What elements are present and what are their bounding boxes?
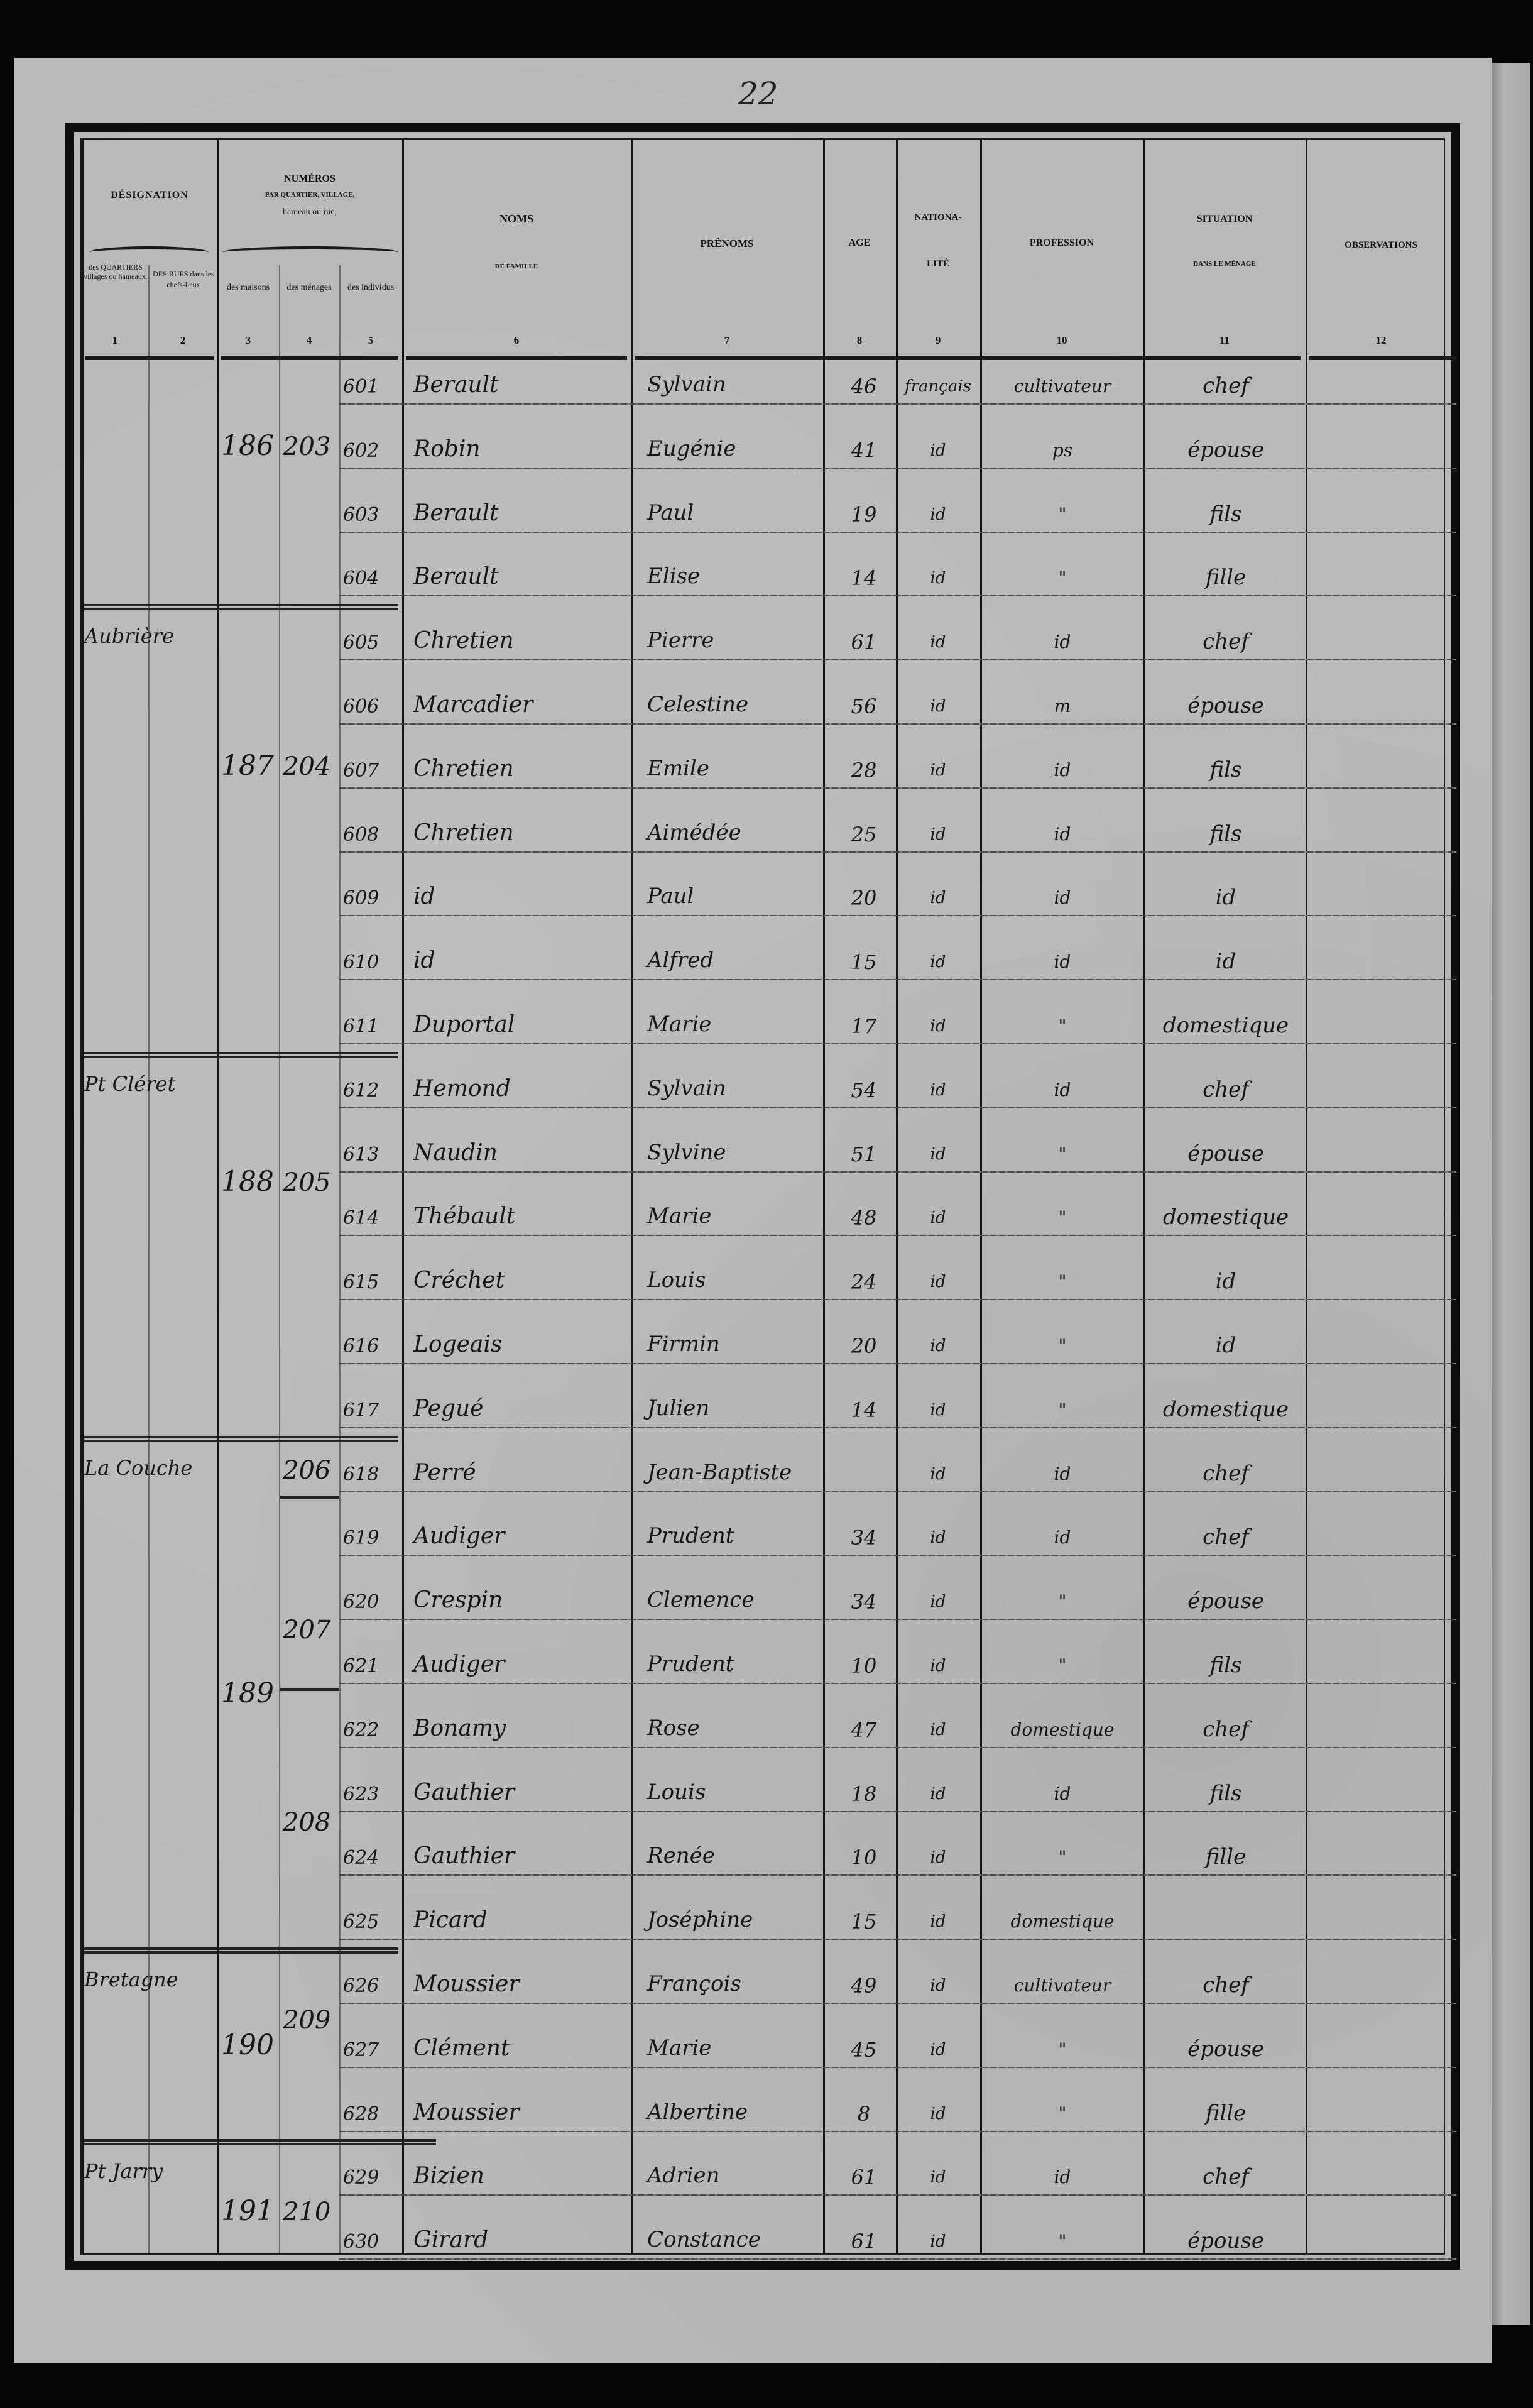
cell-situation: id <box>1147 1333 1304 1358</box>
cell-age: 61 <box>836 2165 892 2189</box>
cell-nationality: id <box>898 1528 978 1547</box>
census-table: DÉSIGNATION des QUARTIERS villages ou ha… <box>80 138 1445 2255</box>
cell-nationality: id <box>898 1592 978 1611</box>
cell-profession: " <box>984 1591 1141 1612</box>
cell-age: 46 <box>836 375 892 398</box>
cell-first-name: Pierre <box>647 628 714 653</box>
header-num8: 8 <box>823 334 896 347</box>
cell-nationality: id <box>898 1272 978 1291</box>
cell-first-name: Rose <box>647 1716 700 1741</box>
cell-nationality: id <box>898 825 978 844</box>
cell-profession: " <box>984 1207 1141 1228</box>
census-table-frame: DÉSIGNATION des QUARTIERS villages ou ha… <box>65 123 1460 2270</box>
cell-profession: id <box>984 1080 1141 1100</box>
cell-age: 56 <box>836 694 892 718</box>
cell-situation: chef <box>1147 1524 1304 1550</box>
header-num5: 5 <box>339 334 402 347</box>
header-num10: 10 <box>980 334 1143 347</box>
header-noms: NOMS <box>402 212 631 226</box>
cell-situation: chef <box>1147 2164 1304 2189</box>
row-rule <box>339 787 1456 789</box>
cell-profession: domestique <box>984 1911 1141 1932</box>
cell-situation: chef <box>1147 629 1304 654</box>
cell-situation: fils <box>1147 1781 1304 1806</box>
cell-family-name: Berault <box>413 564 499 589</box>
cell-individual-number: 620 <box>343 1591 379 1613</box>
cell-place-name: Pt Jarry <box>84 2159 163 2183</box>
row-rule <box>339 1171 1456 1173</box>
cell-family-name: Chretien <box>413 820 514 846</box>
place-separator <box>84 2139 436 2145</box>
header-col4: des ménages <box>279 276 339 299</box>
cell-individual-number: 630 <box>343 2231 379 2253</box>
cell-nationality: id <box>898 1081 978 1100</box>
cell-household-number: 206 <box>283 1456 330 1485</box>
header-num3: 3 <box>217 334 279 347</box>
cell-individual-number: 608 <box>343 824 379 846</box>
cell-profession: ps <box>984 440 1141 461</box>
cell-situation: domestique <box>1147 1205 1304 1230</box>
cell-household-number: 210 <box>283 2197 330 2226</box>
cell-first-name: Jean-Baptiste <box>647 1460 792 1485</box>
cell-individual-number: 604 <box>343 567 379 589</box>
row-rule <box>339 1939 1456 1940</box>
cell-first-name: Sylvain <box>647 372 726 397</box>
col-line <box>631 140 633 2253</box>
cell-individual-number: 607 <box>343 760 379 782</box>
header-numeros-title: NUMÉROS <box>217 173 402 185</box>
row-rule <box>339 1619 1456 1620</box>
cell-family-name: Berault <box>413 372 499 398</box>
cell-individual-number: 628 <box>343 2103 379 2125</box>
cell-age: 49 <box>836 1974 892 1998</box>
header-col5: des individus <box>339 276 402 299</box>
cell-profession: id <box>984 824 1141 845</box>
cell-profession: " <box>984 1335 1141 1356</box>
col-line <box>1143 140 1145 2253</box>
cell-profession: cultivateur <box>984 376 1141 397</box>
cell-age: 14 <box>836 566 892 590</box>
cell-family-name: Gauthier <box>413 1780 515 1805</box>
cell-first-name: Clemence <box>647 1587 754 1612</box>
cell-first-name: Louis <box>647 1267 706 1293</box>
cell-situation: chef <box>1147 1461 1304 1486</box>
cell-nationality: id <box>898 1656 978 1675</box>
cell-nationality: id <box>898 1145 978 1164</box>
cell-situation: fille <box>1147 2101 1304 2126</box>
cell-family-name: Chretien <box>413 628 514 654</box>
cell-house-number: 191 <box>221 2195 274 2227</box>
cell-family-name: Thébault <box>413 1203 515 1229</box>
cell-age: 61 <box>836 2230 892 2253</box>
cell-profession: " <box>984 1655 1141 1676</box>
row-rule <box>339 723 1456 725</box>
cell-individual-number: 613 <box>343 1144 379 1166</box>
cell-house-number: 186 <box>221 430 274 462</box>
cell-profession: " <box>984 567 1141 588</box>
cell-individual-number: 615 <box>343 1271 379 1293</box>
col-line <box>980 140 982 2253</box>
cell-first-name: Sylvine <box>647 1140 726 1165</box>
cell-nationality: id <box>898 2232 978 2251</box>
cell-profession: id <box>984 1464 1141 1484</box>
cell-age: 17 <box>836 1014 892 1038</box>
cell-age: 10 <box>836 1654 892 1678</box>
cell-individual-number: 612 <box>343 1080 379 1102</box>
cell-profession: id <box>984 2167 1141 2187</box>
cell-situation: fils <box>1147 821 1304 846</box>
cell-nationality: id <box>898 1401 978 1420</box>
cell-individual-number: 611 <box>343 1015 379 1037</box>
header-num1: 1 <box>82 334 148 347</box>
cell-family-name: Berault <box>413 500 499 526</box>
header-num11: 11 <box>1143 334 1306 347</box>
cell-first-name: Firmin <box>647 1332 720 1357</box>
row-rule <box>339 468 1456 469</box>
row-rule <box>339 1235 1456 1236</box>
col-line <box>823 140 825 2253</box>
cell-situation: chef <box>1147 1077 1304 1102</box>
header-numeros-sub1: PAR QUARTIER, VILLAGE, <box>217 191 402 199</box>
cell-first-name: Eugénie <box>647 436 736 461</box>
row-rule <box>339 2194 1456 2196</box>
row-rule <box>339 2131 1456 2132</box>
cell-age: 47 <box>836 1718 892 1742</box>
cell-place-name: Pt Cléret <box>84 1072 175 1096</box>
cell-household-number: 208 <box>283 1808 330 1837</box>
row-rule <box>339 1874 1456 1876</box>
cell-individual-number: 629 <box>343 2167 379 2189</box>
cell-profession: id <box>984 632 1141 652</box>
row-rule <box>339 659 1456 660</box>
header-num9: 9 <box>896 334 980 347</box>
col-line <box>896 140 898 2253</box>
cell-first-name: Aimédée <box>647 820 741 845</box>
row-rule <box>339 1683 1456 1684</box>
cell-individual-number: 605 <box>343 632 379 654</box>
cell-situation: fille <box>1147 565 1304 590</box>
cell-first-name: Sylvain <box>647 1076 726 1101</box>
header-rule <box>1309 356 1456 360</box>
header-situation: SITUATION <box>1143 214 1306 225</box>
row-rule <box>339 532 1456 533</box>
household-separator <box>280 1688 339 1691</box>
row-rule <box>339 1811 1456 1812</box>
cell-nationality: id <box>898 1976 978 1995</box>
cell-family-name: Audiger <box>413 1523 505 1549</box>
cell-first-name: Constance <box>647 2227 761 2252</box>
cell-age: 18 <box>836 1782 892 1806</box>
cell-family-name: Logeais <box>413 1332 502 1357</box>
cell-household-number: 207 <box>283 1616 330 1645</box>
cell-nationality: id <box>898 441 978 460</box>
cell-situation: fils <box>1147 501 1304 527</box>
cell-individual-number: 603 <box>343 504 379 526</box>
cell-first-name: Paul <box>647 884 694 909</box>
cell-age: 10 <box>836 1846 892 1869</box>
cell-house-number: 188 <box>221 1166 274 1198</box>
place-separator <box>84 1436 398 1442</box>
col-line <box>148 265 150 2253</box>
cell-situation: chef <box>1147 1717 1304 1742</box>
cell-age: 15 <box>836 1910 892 1934</box>
cell-individual-number: 621 <box>343 1655 379 1677</box>
header-observations: OBSERVATIONS <box>1306 240 1456 251</box>
cell-situation: id <box>1147 885 1304 910</box>
cell-nationality: id <box>898 505 978 524</box>
row-rule <box>339 1299 1456 1300</box>
cell-age: 54 <box>836 1078 892 1102</box>
cell-individual-number: 622 <box>343 1719 379 1741</box>
cell-family-name: Clément <box>413 2035 510 2061</box>
cell-nationality: id <box>898 1785 978 1803</box>
cell-profession: domestique <box>984 1719 1141 1740</box>
cell-situation: id <box>1147 1269 1304 1294</box>
cell-individual-number: 626 <box>343 1975 379 1997</box>
place-separator <box>84 1052 398 1058</box>
cell-individual-number: 624 <box>343 1847 379 1869</box>
col-line <box>1306 140 1307 2253</box>
cell-family-name: Pegué <box>413 1396 483 1421</box>
row-rule <box>339 1043 1456 1044</box>
cell-first-name: Albertine <box>647 2099 748 2125</box>
cell-first-name: Celestine <box>647 692 748 717</box>
cell-family-name: Girard <box>413 2227 488 2253</box>
cell-family-name: Naudin <box>413 1140 498 1166</box>
cell-family-name: Hemond <box>413 1076 511 1102</box>
cell-age: 25 <box>836 823 892 846</box>
cell-situation: épouse <box>1147 2037 1304 2062</box>
cell-individual-number: 623 <box>343 1783 379 1805</box>
cell-nationality: id <box>898 633 978 652</box>
cell-individual-number: 627 <box>343 2039 379 2061</box>
cell-individual-number: 616 <box>343 1335 379 1357</box>
cell-first-name: Prudent <box>647 1523 734 1548</box>
cell-age: 48 <box>836 1206 892 1230</box>
row-rule <box>339 1427 1456 1428</box>
cell-age: 45 <box>836 2038 892 2062</box>
row-rule <box>339 595 1456 596</box>
header-nationalite-2: LITÉ <box>896 259 980 270</box>
cell-nationality: id <box>898 953 978 971</box>
cell-family-name: Audiger <box>413 1651 505 1677</box>
cell-first-name: François <box>647 1971 741 1996</box>
cell-individual-number: 602 <box>343 440 379 462</box>
cell-situation: fils <box>1147 1653 1304 1678</box>
cell-nationality: id <box>898 2168 978 2187</box>
row-rule <box>339 403 1456 405</box>
col-line <box>217 140 219 2253</box>
cell-situation: épouse <box>1147 1141 1304 1166</box>
cell-individual-number: 617 <box>343 1399 379 1421</box>
cell-family-name: Crespin <box>413 1587 503 1613</box>
cell-profession: " <box>984 1399 1141 1420</box>
cell-first-name: Paul <box>647 500 694 525</box>
row-rule <box>339 1747 1456 1748</box>
header-rule <box>406 356 627 360</box>
cell-situation: domestique <box>1147 1397 1304 1422</box>
cell-individual-number: 618 <box>343 1464 379 1486</box>
cell-situation: fille <box>1147 1844 1304 1869</box>
cell-family-name: Duportal <box>413 1012 515 1037</box>
cell-first-name: Alfred <box>647 948 714 973</box>
cell-family-name: Picard <box>413 1907 488 1933</box>
cell-individual-number: 606 <box>343 696 379 718</box>
header-age: AGE <box>823 238 896 249</box>
cell-first-name: Adrien <box>647 2163 719 2188</box>
cell-profession: " <box>984 1847 1141 1868</box>
cell-profession: " <box>984 504 1141 525</box>
header-rule <box>85 356 214 360</box>
cell-family-name: Marcadier <box>413 692 533 718</box>
cell-situation: chef <box>1147 1973 1304 1998</box>
cell-nationality: id <box>898 2040 978 2059</box>
row-rule <box>339 1555 1456 1556</box>
cell-family-name: Gauthier <box>413 1843 515 1869</box>
cell-nationality: id <box>898 569 978 588</box>
cell-situation: id <box>1147 949 1304 974</box>
header-col1: des QUARTIERS villages ou hameaux. <box>83 263 148 282</box>
cell-family-name: Robin <box>413 436 481 462</box>
cell-profession: id <box>984 1527 1141 1548</box>
cell-situation: domestique <box>1147 1013 1304 1038</box>
cell-nationality: id <box>898 1017 978 1036</box>
cell-first-name: Marie <box>647 1012 711 1037</box>
cell-nationality: français <box>898 377 978 396</box>
cell-individual-number: 610 <box>343 951 379 973</box>
cell-age: 41 <box>836 439 892 462</box>
cell-individual-number: 625 <box>343 1911 379 1933</box>
folio-number: 22 <box>738 75 778 112</box>
cell-situation: épouse <box>1147 437 1304 462</box>
cell-individual-number: 614 <box>343 1207 379 1229</box>
row-rule <box>339 979 1456 980</box>
row-rule <box>339 1491 1456 1492</box>
header-numeros-sub2: hameau ou rue, <box>217 207 402 217</box>
brace <box>89 246 209 258</box>
cell-family-name: Bizien <box>413 2163 484 2189</box>
cell-profession: " <box>984 1015 1141 1036</box>
cell-age: 8 <box>836 2102 892 2126</box>
place-separator <box>84 604 398 610</box>
header-col3: des maisons <box>217 276 279 299</box>
next-page-edge <box>1492 63 1530 2325</box>
cell-place-name: La Couche <box>84 1456 192 1480</box>
cell-individual-number: 619 <box>343 1527 379 1549</box>
cell-first-name: Marie <box>647 2035 711 2060</box>
header-num2: 2 <box>148 334 217 347</box>
cell-first-name: Julien <box>647 1396 709 1421</box>
header-profession: PROFESSION <box>980 238 1143 249</box>
header-rule <box>221 356 398 360</box>
header-num12: 12 <box>1306 334 1456 347</box>
cell-nationality: id <box>898 1721 978 1739</box>
cell-first-name: Joséphine <box>647 1907 753 1932</box>
cell-first-name: Emile <box>647 756 709 781</box>
cell-first-name: Renée <box>647 1843 715 1868</box>
cell-household-number: 209 <box>283 2006 330 2035</box>
row-rule <box>339 2067 1456 2068</box>
cell-profession: id <box>984 951 1141 972</box>
cell-family-name: Moussier <box>413 1971 520 1997</box>
cell-nationality: id <box>898 1848 978 1867</box>
cell-house-number: 190 <box>221 2029 274 2061</box>
cell-profession: " <box>984 2039 1141 2060</box>
cell-family-name: Perré <box>413 1460 476 1486</box>
cell-first-name: Marie <box>647 1203 711 1229</box>
cell-nationality: id <box>898 1912 978 1931</box>
cell-nationality: id <box>898 889 978 907</box>
header-num6: 6 <box>402 334 631 347</box>
header-nationalite-1: NATIONA- <box>896 212 980 223</box>
cell-family-name: id <box>413 884 435 909</box>
cell-situation: chef <box>1147 373 1304 398</box>
cell-nationality: id <box>898 1208 978 1227</box>
row-rule <box>339 2258 1456 2260</box>
header-num7: 7 <box>631 334 823 347</box>
cell-family-name: Moussier <box>413 2099 520 2125</box>
cell-profession: id <box>984 1783 1141 1804</box>
header-noms-sub: DE FAMILLE <box>402 263 631 270</box>
cell-profession: " <box>984 1271 1141 1292</box>
header-situation-sub: DANS LE MÉNAGE <box>1143 260 1306 268</box>
col-line <box>279 265 280 2253</box>
cell-profession: cultivateur <box>984 1975 1141 1996</box>
cell-age: 51 <box>836 1142 892 1166</box>
cell-profession: " <box>984 1144 1141 1164</box>
row-rule <box>339 2003 1456 2004</box>
cell-age: 14 <box>836 1398 892 1422</box>
cell-profession: " <box>984 2103 1141 2124</box>
header-rule <box>635 356 1301 360</box>
cell-place-name: Bretagne <box>84 1967 178 1991</box>
cell-individual-number: 609 <box>343 887 379 909</box>
row-rule <box>339 1363 1456 1364</box>
cell-situation: épouse <box>1147 1589 1304 1614</box>
brace <box>222 246 398 258</box>
cell-first-name: Prudent <box>647 1651 734 1677</box>
cell-profession: id <box>984 887 1141 908</box>
cell-age: 61 <box>836 630 892 654</box>
cell-household-number: 204 <box>283 752 330 781</box>
col-line <box>339 265 341 2253</box>
cell-nationality: id <box>898 2104 978 2123</box>
cell-age: 28 <box>836 758 892 782</box>
header-prenoms: PRÉNOMS <box>631 238 823 250</box>
cell-household-number: 205 <box>283 1168 330 1197</box>
household-separator <box>280 1496 339 1499</box>
col-line <box>402 140 404 2253</box>
cell-nationality: id <box>898 1337 978 1355</box>
place-separator <box>84 1947 398 1954</box>
cell-situation: épouse <box>1147 693 1304 718</box>
header-col2: DES RUES dans les chefs-lieux <box>150 269 217 290</box>
cell-age: 20 <box>836 886 892 910</box>
cell-first-name: Louis <box>647 1780 706 1805</box>
cell-profession: id <box>984 760 1141 780</box>
cell-family-name: id <box>413 948 435 973</box>
cell-age: 34 <box>836 1590 892 1614</box>
cell-situation: fils <box>1147 757 1304 782</box>
cell-place-name: Aubrière <box>84 624 174 648</box>
cell-nationality: id <box>898 761 978 780</box>
cell-situation: épouse <box>1147 2228 1304 2253</box>
col-line <box>82 140 84 2253</box>
cell-age: 24 <box>836 1270 892 1294</box>
cell-profession: m <box>984 696 1141 716</box>
cell-family-name: Chretien <box>413 756 514 782</box>
row-rule <box>339 915 1456 916</box>
